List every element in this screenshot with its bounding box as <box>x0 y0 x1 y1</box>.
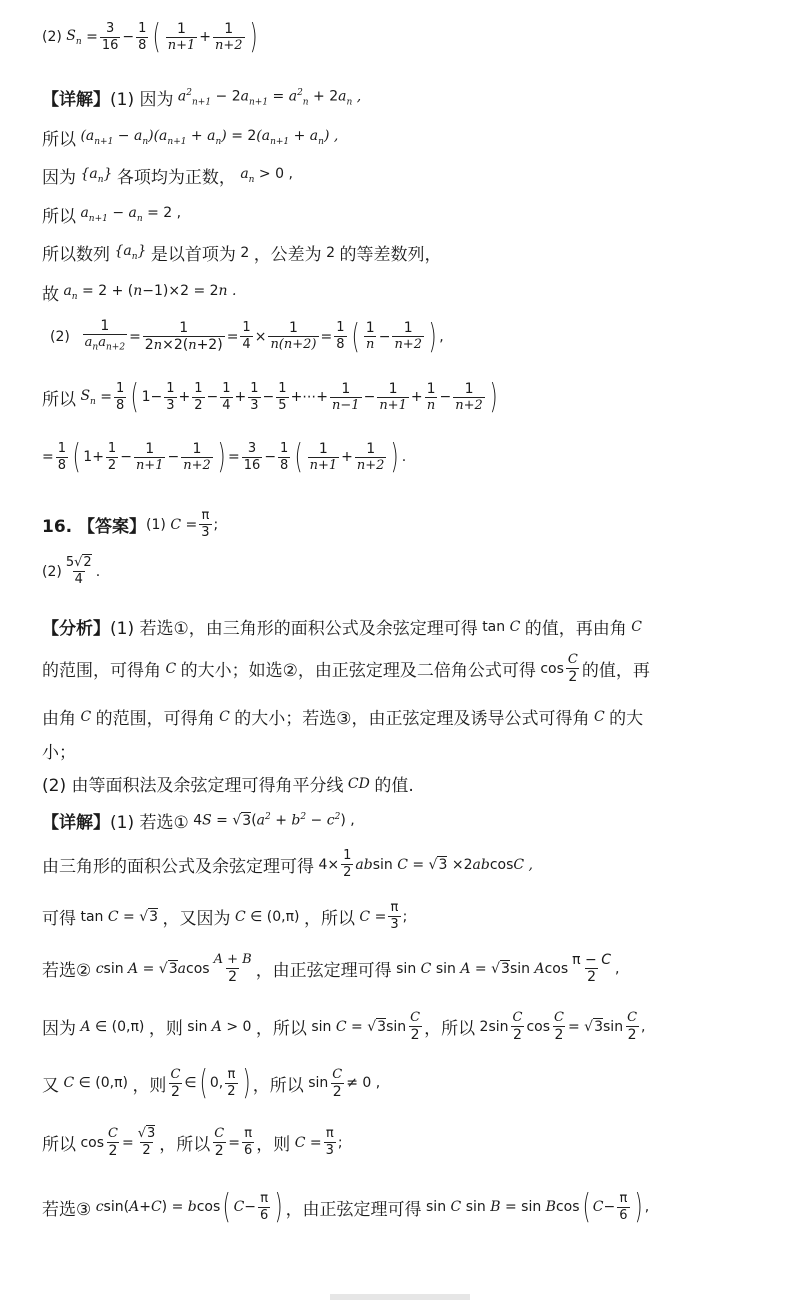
text: ，由正弦定理可得 <box>286 1195 422 1220</box>
detail-q16-line-1: 【详解】 (1) 若选① 4S = √3(a2 + b2 − c2) , <box>42 808 355 833</box>
text: (1) 若选①，由三角形的面积公式及余弦定理可得 <box>110 614 478 639</box>
text: 所以数列 <box>42 240 110 265</box>
q16-answer-part1: 16. 【答案】 (1) C = π3; <box>42 508 218 541</box>
detail-q16-line-7: 所以 cos C2= √32 ，所以 C2= π6 ，则 C = π3; <box>42 1126 343 1159</box>
page-footer <box>330 1294 470 1300</box>
text: (1) 若选① <box>110 808 189 833</box>
text: 可得 <box>42 904 76 929</box>
text: 故 <box>42 280 59 305</box>
detail-line-6: 故 an = 2 + (n−1)×2 = 2n . <box>42 280 236 305</box>
detail-q16-line-8: 若选③ csin(A+C) = bcos (C− π6 ) ，由正弦定理可得 s… <box>42 1190 649 1224</box>
text: 由三角形的面积公式及余弦定理可得 <box>42 852 314 877</box>
detail-part2-line-1: (2) 1anan+2= 12n×2(n+2)= 14× 1n(n+2)= 18… <box>50 318 444 356</box>
text: 的大小；若选③，由正弦定理及诱导公式可得角 <box>234 704 589 729</box>
text: 由角 <box>42 704 76 729</box>
detail-line-5: 所以数列 {an} 是以首项为 2 ，公差为 2 的等差数列， <box>42 240 442 265</box>
text: ，所以 <box>159 1130 210 1155</box>
text: 若选③ <box>42 1195 91 1220</box>
text: (1) 因为 <box>110 85 173 110</box>
text: 各项均为正数， <box>117 163 236 188</box>
text: 的大小；如选②，由正弦定理及二倍角公式可得 <box>181 656 536 681</box>
text: 因为 <box>42 163 76 188</box>
detail-q16-line-5: 因为 A ∈ (0,π) ，则 sin A > 0 ，所以 sin C = √3… <box>42 1010 645 1043</box>
text: (2) 由等面积法及余弦定理可得角平分线 <box>42 771 343 796</box>
text: 所以 <box>42 125 76 150</box>
text: 又 <box>42 1071 59 1096</box>
text: 因为 <box>42 1014 76 1039</box>
answer-part2-sn: (2) Sn = 316− 18 ( 1n+1+ 1n+2 ) <box>42 20 260 54</box>
detail-line-4: 所以 an+1 − an = 2 , <box>42 202 181 227</box>
analysis-line-5: (2) 由等面积法及余弦定理可得角平分线 CD 的值. <box>42 771 414 796</box>
text: 的值，再 <box>582 656 650 681</box>
detail-part2-line-2: 所以 Sn = 18 (1− 13+ 12− 14+ 13− 15+⋯+ 1n−… <box>42 380 500 414</box>
text: ，所以 <box>253 1071 304 1096</box>
text: 所以 <box>42 202 76 227</box>
text: 所以 <box>42 1130 76 1155</box>
detail-q16-line-4: 若选② csin A = √3acos A + B2 ，由正弦定理可得 sin … <box>42 952 619 985</box>
text: 的大 <box>609 704 643 729</box>
detail-q16-line-2: 由三角形的面积公式及余弦定理可得 4× 12 absin C = √3 ×2ab… <box>42 848 533 881</box>
text: ，则 <box>256 1130 290 1155</box>
text: 的值. <box>374 771 413 796</box>
text: 小； <box>42 738 76 763</box>
text: ，又因为 <box>163 904 231 929</box>
text: ，公差为 <box>254 240 322 265</box>
analysis-line-4: 小； <box>42 738 76 763</box>
text: ，所以 <box>424 1014 475 1039</box>
text: 的范围，可得角 <box>96 704 215 729</box>
text: ，则 <box>132 1071 166 1096</box>
label: (2) <box>42 29 62 45</box>
label: (2) <box>50 329 70 345</box>
section-label: 【详解】 <box>42 85 110 110</box>
detail-q16-line-3: 可得 tan C = √3 ，又因为 C ∈ (0,π) ，所以 C = π3; <box>42 900 407 933</box>
text: 是以首项为 <box>151 240 236 265</box>
analysis-line-1: 【分析】 (1) 若选①，由三角形的面积公式及余弦定理可得 tan C 的值，再… <box>42 614 642 639</box>
detail-line-1: 【详解】 (1) 因为 a2n+1 − 2an+1 = a2n + 2an , <box>42 85 361 110</box>
text: 若选② <box>42 956 91 981</box>
text: 所以 <box>42 385 76 410</box>
text: 的值，再由角 <box>525 614 627 639</box>
detail-part2-line-3: = 18 (1+ 12− 1n+1− 1n+2 )= 316− 18 ( 1n+… <box>42 440 406 474</box>
text: ，所以 <box>304 904 355 929</box>
analysis-line-2: 的范围，可得角 C 的大小；如选②，由正弦定理及二倍角公式可得 cos C2 的… <box>42 652 650 685</box>
text: ，则 <box>149 1014 183 1039</box>
q16-answer-part2: (2) 5√24. <box>42 555 100 588</box>
text: 的范围，可得角 <box>42 656 161 681</box>
analysis-line-3: 由角 C 的范围，可得角 C 的大小；若选③，由正弦定理及诱导公式可得角 C 的… <box>42 704 643 729</box>
section-label: 【详解】 <box>42 808 110 833</box>
text: ，由正弦定理可得 <box>256 956 392 981</box>
detail-line-3: 因为 {an} 各项均为正数， an > 0 , <box>42 163 293 188</box>
section-label: 16. 【答案】 <box>42 512 146 537</box>
detail-q16-line-6: 又 C ∈ (0,π) ，则 C2∈ (0, π2 ) ，所以 sin C2≠ … <box>42 1066 380 1100</box>
text: 的等差数列， <box>340 240 442 265</box>
text: ，所以 <box>256 1014 307 1039</box>
section-label: 【分析】 <box>42 614 110 639</box>
detail-line-2: 所以 (an+1 − an)(an+1 + an) = 2(an+1 + an)… <box>42 125 338 150</box>
